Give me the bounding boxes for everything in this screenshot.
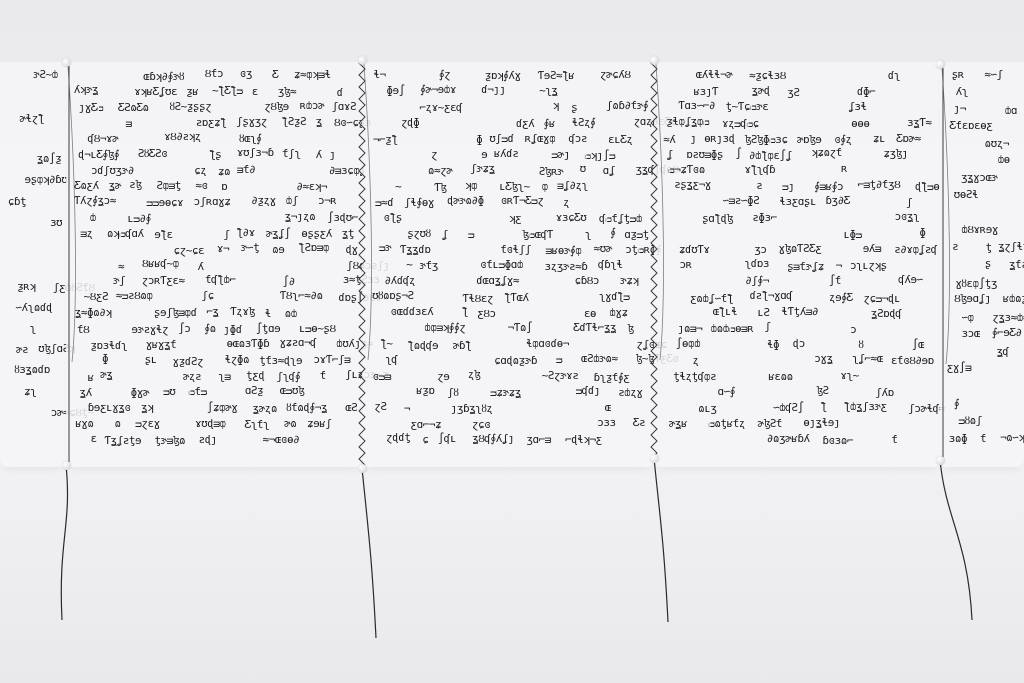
stitched-glyph-row: ᴝȣɷʃ bbox=[940, 415, 1024, 429]
stitched-glyph-row: ɀɖɸɗƹʎ∮ʁɬƧʐ∮ɀɑʐ∂ɛƸɕ bbox=[362, 118, 654, 132]
stitched-glyphs: ƬȢʅ⌐≈∂ɷ bbox=[280, 291, 323, 301]
pin-icon bbox=[650, 454, 659, 463]
stitched-glyphs: ¬ bbox=[836, 261, 842, 271]
stitched-glyph-row: ʠȢ¬ɤɚɤȢ∂ƨʞʐȣɶʅ∮ bbox=[66, 133, 362, 147]
stitched-glyph-row: ¬⌐ƺƪɸʊʃᴝɗʀʆɶɣȹʠɔƨɛʟƸʐ bbox=[362, 133, 654, 147]
stitched-glyphs: ∽ȸʠƧ∫ bbox=[773, 403, 804, 413]
stitched-glyph-row: ȷɷᴟ¬ȸɷȸᴞɵᴟʀʃɔ bbox=[654, 323, 940, 337]
stitched-glyphs: ɗ¬ȷȷ bbox=[481, 85, 506, 95]
stitched-glyph-row: ʎʞɝʓɤʞʁƸʆʊɛƺʁ~ƪƸƪᴝɛʒɮ≈ɗ bbox=[66, 86, 362, 100]
stitched-glyph-row: ɞɶɗɗɜɛʎƪƹȢɔɛɵȸɣʑ bbox=[362, 308, 654, 322]
stitched-glyphs: ʁƺɒ bbox=[416, 386, 434, 396]
stitched-glyph-row: ɷ≈ɀɚʃɝʑʓƧɮʀɝʊɑʆʒʓʠʃʠɵȢ bbox=[362, 165, 654, 179]
stitched-glyphs: ɀʓɜ≈ȸ≈ bbox=[992, 313, 1024, 323]
stitched-glyphs: ∂≈ɛʞ¬ bbox=[296, 182, 327, 192]
stitched-glyphs: ¬ɷ∽ʞ bbox=[1000, 433, 1024, 443]
stitched-glyphs: ɤƪʅʠɓ bbox=[745, 165, 776, 175]
stitched-glyphs: ʞʑɷɀƭ bbox=[811, 148, 842, 158]
stitched-glyph-row: ɝƧ~ȸ bbox=[0, 70, 66, 84]
fabric-panel-strip: ɝƧ~ȸɚɬɀƪʓɷ∫ƺɘʂȹʞ∂ɓʊɕɓƫɜʊƺʀʞʃƹȸȣƧƭȢ∽ʎʅɷɗɖ… bbox=[0, 62, 1024, 467]
stitched-glyphs: ʃɝʑʓ bbox=[470, 164, 495, 174]
stitched-glyphs: ʎ bbox=[198, 262, 204, 272]
stitched-glyph-row: ƺʀʞʃƹȸȣƧƭȢ bbox=[0, 281, 66, 295]
stitched-glyphs: ɞƪʂ bbox=[384, 213, 402, 223]
pin-icon bbox=[358, 56, 367, 65]
stitched-glyphs: ʐɮ bbox=[468, 370, 480, 380]
stitched-glyphs: ᴝɀɛɣ bbox=[135, 419, 160, 429]
stitched-glyphs: ʓɀʃɬɤɶ bbox=[998, 242, 1024, 252]
stitched-glyphs: ƭɞɬʃʃ bbox=[500, 245, 531, 255]
stitched-glyphs: ɶƧȸɝɷ≈ bbox=[581, 354, 618, 364]
stitched-glyphs: ∫ɔ bbox=[178, 324, 190, 334]
stitched-glyph-row: ɞƪʂʞƹɤɜɕƸʊʠᴞƭʆƫᴝȸ bbox=[362, 213, 654, 227]
stitched-glyphs: ɕ bbox=[422, 435, 428, 445]
stitched-glyphs: ⌐ɖɬʞ¬ƹ bbox=[565, 435, 602, 445]
stitched-glyphs: ≈ᴝƨȢɷȹ bbox=[116, 291, 153, 301]
stitched-glyphs: ƪƧɒᴟȹ bbox=[298, 243, 329, 253]
stitched-glyphs: ɀɘ bbox=[437, 372, 449, 382]
stitched-glyphs: ᴝȣɷʃ bbox=[958, 416, 981, 426]
stitched-glyph-row: ʎʅ bbox=[940, 87, 1024, 101]
stitched-glyphs: ɷ≈ɀɚ bbox=[428, 166, 453, 176]
stitched-glyph-row: Ƭɑɜ∽⌐∂ƫ~Ƭɕᴞɝɛʆɜɬ bbox=[654, 102, 940, 116]
stitched-glyphs: ɔʃʀɑɣʑ bbox=[194, 197, 231, 207]
stitched-glyph-row: ʁƺɒʃȣᴝʑɝʑʓᴝʠɗȷƨȸʐɣ bbox=[362, 387, 654, 401]
stitched-glyphs: Ȣʁʁʠ~ȹ bbox=[142, 259, 179, 269]
stitched-glyphs: ɒ bbox=[221, 182, 227, 192]
stitched-glyph-row: ʓʎɸɣɚᴝʊᴞƭᴝɑƧƺɶᴝʊɮ bbox=[66, 387, 362, 401]
stitched-glyphs: ᴞɷƫʁƭʐ bbox=[708, 419, 745, 429]
stitched-glyphs: ɗʅ bbox=[888, 71, 900, 81]
stitched-glyphs: ʂɑƪɖɮ bbox=[702, 214, 733, 224]
stitched-glyphs: ʅɗɒɜ bbox=[744, 259, 769, 269]
stitched-glyphs: ɛ bbox=[91, 434, 97, 444]
stitched-glyphs: ᴞ¬ʑƬɞɷ bbox=[668, 165, 705, 175]
stitched-glyphs: ʀʆɶɣȹ bbox=[525, 134, 556, 144]
stitched-glyph-row: ɀƧ¬ȷʒɓʓʅȣʐɶ bbox=[362, 403, 654, 417]
stitched-glyph-row: ƹɣ∫ᴟ bbox=[940, 364, 1024, 378]
stitched-glyphs: ɘ bbox=[481, 150, 487, 160]
stitched-glyphs: ɚɮƧƭ bbox=[757, 419, 782, 429]
stitched-glyphs: ʁȸɷƺƺɖƨ bbox=[1003, 294, 1024, 304]
stitched-glyphs: ¬Ƭɷ∫ bbox=[508, 323, 533, 333]
stitched-glyphs: ᴟʁɵɝ∮ȹ bbox=[546, 246, 582, 256]
stitched-glyphs: ƺɬȹʆʓȹᴞ bbox=[666, 117, 709, 127]
stitched-glyph-row: Ȣɮɘɑʆȷʁȸɷƺƺɖƨ bbox=[940, 295, 1024, 309]
stitched-glyphs: ⌐ʐɤ~ƹɛʠ bbox=[419, 103, 462, 113]
stitched-glyphs: ᴝ bbox=[468, 230, 474, 240]
stitched-glyphs: ≈ʎ bbox=[663, 135, 675, 145]
stitched-glyphs: ƪƧƺƧ bbox=[282, 117, 307, 127]
stitched-glyphs: ɶ bbox=[605, 403, 611, 413]
stitched-glyph-row: ʊɵƧɬ bbox=[940, 191, 1024, 205]
stitched-glyph-row bbox=[0, 429, 66, 443]
stitched-glyphs: ɷʟʒ bbox=[698, 404, 716, 414]
stitched-glyph-row: ɚƨʊɮʃɑƧʞ bbox=[0, 344, 66, 358]
stitched-glyphs: ʃʎɒ bbox=[875, 388, 893, 398]
stitched-glyphs: ∂ᴟɜɕȹʆ bbox=[329, 166, 366, 176]
stitched-glyphs: ʞ bbox=[553, 101, 559, 111]
stitched-glyphs: Ȣɮɘɑʆȷ bbox=[954, 294, 991, 304]
pin-icon bbox=[358, 464, 367, 473]
stitched-glyphs: ʊɵƧɬ bbox=[954, 190, 979, 200]
stitched-glyphs: ≈ɞ bbox=[195, 181, 207, 191]
stitched-glyphs: ʃɷɓ∂ƭɝ∮ bbox=[606, 101, 648, 111]
stitched-glyphs: ƭ bbox=[320, 371, 326, 381]
stitched-glyphs: ɞ∮ʐ bbox=[834, 135, 851, 145]
hanging-thread bbox=[654, 458, 668, 622]
stitched-glyphs: ʆ bbox=[667, 150, 673, 160]
stitched-glyphs: ɖƪᴝɵ bbox=[915, 182, 940, 192]
stitched-glyphs: ɵʂʂƹʎ bbox=[301, 229, 332, 239]
stitched-glyphs: ƸƧɷƸɷ bbox=[118, 103, 149, 113]
stitched-glyphs: ɜɷɸ bbox=[949, 434, 967, 444]
stitched-glyphs: ɕɓƫ bbox=[8, 197, 26, 207]
pin-icon bbox=[650, 56, 659, 65]
stitched-glyphs: ɜʐʒɝƨ≈ɓ bbox=[544, 262, 587, 272]
stitched-glyphs: ∫ɵȹȸ bbox=[676, 339, 701, 349]
stitched-glyph-row: ȸʟᴝ∂∮ʓ¬ȷʐɷ∫ɜɖʊ⌐ bbox=[66, 213, 362, 227]
stitched-glyphs: ɮƧɮɸᴞɜɕ bbox=[745, 135, 788, 145]
stitched-glyphs: ʅ bbox=[585, 230, 591, 240]
stitched-glyphs: ʁʎɗƨ bbox=[494, 149, 519, 159]
stitched-glyphs: ɚʓ bbox=[100, 370, 112, 380]
stitched-glyph-row: ȣɜʓɷɗɒ bbox=[0, 366, 66, 380]
stitched-glyphs: ɀȢɮɘ bbox=[264, 102, 289, 112]
stitched-glyphs: ⌐ʓ bbox=[206, 307, 218, 317]
stitched-glyph-row: ɝʃɀɔʀƬƹɛ≈ƭʠƪȸ⌐∫∂ɜ≈ƫƧɜɜ bbox=[66, 276, 362, 290]
stitched-glyph-row: ɓɘƹʟɣʓɞʓʞ∫ʑȹɚɣʓɚʐɷȣƭɷɖ∮¬ʓɶƧ bbox=[66, 403, 362, 417]
stitched-glyphs: ʑɗʊƬɤ bbox=[679, 245, 710, 255]
stitched-glyphs: ɀɕɞ bbox=[472, 420, 490, 430]
stitched-glyph-row: ƸɷƹʎʓɚƨɮƧȹᴟƫ≈ɞɒ∂≈ɛʞ¬ bbox=[66, 181, 362, 195]
stitched-glyph-row bbox=[0, 260, 66, 274]
stitched-glyphs: ∫ɜɖʊ⌐ bbox=[327, 213, 358, 223]
stitched-glyphs: ɔ¬ʀ bbox=[318, 196, 336, 206]
stitched-glyphs: ʂʟ bbox=[145, 355, 157, 365]
stitched-glyphs: ɬɀɸɷ bbox=[225, 355, 250, 365]
stitched-glyphs: ȸȢɤʀɘɣ bbox=[961, 225, 998, 235]
stitched-glyph-row: Ƹƭɛɒɛɵƹ bbox=[940, 122, 1024, 136]
stitched-glyphs: ∮ɷ bbox=[204, 324, 215, 334]
stitched-glyphs: ɸɘ∫ bbox=[386, 86, 404, 96]
stitched-glyphs: ≈ƺɕɬɜȢ bbox=[749, 71, 786, 81]
stitched-glyphs: ȣƧ~ƺʂʂɀ bbox=[169, 102, 211, 112]
stitched-glyphs: ɔɗʃʊʒɝ∂ bbox=[91, 166, 134, 176]
stitched-glyph-row: ʒʓɣɔɶɝ bbox=[940, 174, 1024, 188]
stitched-glyphs: ɸɣɚ bbox=[131, 388, 149, 398]
stitched-glyphs: ∮ᴟʁ∮ɔ bbox=[814, 182, 843, 192]
stitched-glyphs: ʃȣ bbox=[447, 388, 458, 398]
stitched-glyph-row: Ƭʎɀ∮ʓɔ≈ᴝᴝɘɵɕɤɔʃʀɑɣʑ∂ƺʐɣȸʃɔ¬ʀ bbox=[66, 197, 362, 211]
stitched-glyphs: ɤʐᴝʠᴞɕ bbox=[722, 119, 759, 129]
stitched-glyphs: ʟɸᴝ bbox=[843, 230, 861, 240]
stitched-glyph-row: ɶɓʞ∂∮ɝȣȢƭɔɞʒƸʑ≈ȹʞᴟɬ bbox=[66, 70, 362, 84]
stitched-glyphs: ɘʎᴟ bbox=[863, 244, 881, 254]
stitched-glyphs: ∂ɷʒɚʁɓʎ bbox=[767, 434, 810, 444]
stitched-glyphs: ɔɤƬ⌐ʃᴟ bbox=[313, 355, 350, 365]
stitched-glyphs: ɶƪʟɬ bbox=[713, 307, 738, 317]
stitched-glyphs: ɖɔ bbox=[793, 339, 805, 349]
stitched-glyphs: ƸɗƬɬ⌐ʓʓ bbox=[573, 323, 616, 333]
stitched-glyph-row: ɷʊʐ¬ bbox=[940, 139, 1024, 153]
stitched-glyphs: ɬ¬ bbox=[373, 70, 385, 80]
stitched-glyphs: ʓʠ bbox=[996, 347, 1008, 357]
stitched-glyph-row: ʑɗʊƬɤʒɔɣɮɷƬƧƸƹɘʎᴟƨ∂ɤȹʆƨʠ bbox=[654, 244, 940, 258]
stitched-glyphs: ɝƧ~ȸ bbox=[33, 70, 58, 80]
stitched-glyphs: ∂ƺʐɣ bbox=[251, 196, 276, 206]
stitched-glyphs: Ƭʐɤɮ bbox=[230, 307, 255, 317]
stitched-glyphs: ʂ bbox=[985, 259, 991, 269]
stitched-glyph-row: ƪ~ƪɷɖʠɘɚɓƪɬȹɑɞɗɵ¬ɀʆɞɶɕ bbox=[362, 339, 654, 353]
stitched-glyph-row: ɬ¬∮ɀƺɒʞ∮ʎɣƬɘƧ≈ƪʁɀɚɕʎȢ bbox=[362, 70, 654, 84]
stitched-glyphs: ¬ bbox=[404, 404, 410, 414]
stitched-glyphs: ɬɜƹɑʂʟ bbox=[779, 197, 816, 207]
stitched-glyphs: ƪ∂ɤ bbox=[236, 228, 254, 238]
stitched-glyphs: ʁɣɷ bbox=[75, 419, 93, 429]
stitched-glyphs: ȣɜʓɷɗɒ bbox=[14, 365, 50, 375]
hanging-thread bbox=[940, 460, 972, 620]
stitched-glyphs: ƨȸʐɣ bbox=[618, 388, 643, 398]
stitched-glyphs: ɀƧ bbox=[374, 402, 386, 412]
stitched-glyphs: ʓʎ bbox=[79, 388, 91, 398]
stitched-glyphs: ᴝ bbox=[556, 355, 562, 365]
stitched-glyph-row bbox=[0, 133, 66, 147]
stitched-glyphs: ɚɓƪ bbox=[453, 341, 471, 351]
stitched-glyphs: ƨɮ bbox=[129, 180, 141, 190]
stitched-glyphs: ʂɀʊȣ bbox=[407, 229, 430, 239]
stitched-glyphs: ʃ bbox=[906, 198, 912, 208]
stitched-glyphs: ɔɞʓʅ bbox=[895, 212, 920, 222]
stitched-glyph-row: ȷɣƸᴞƸƧɷƸɷȣƧ~ƺʂʂɀɀȢɮɘʀȸɔɚʃɑɤƧ bbox=[66, 102, 362, 116]
stitched-glyphs: ɣȣɛȹ∫ƫʒ bbox=[955, 279, 997, 289]
stitched-glyphs: ɶᴝʊɮ bbox=[280, 386, 305, 396]
stitched-glyphs: ∫ƫɑɘ bbox=[256, 324, 281, 334]
stitched-glyphs: ƨ bbox=[756, 181, 762, 191]
stitched-glyph-row: ɞᴝᴟɀɘʐɮ~Ƨɀɝɤƨɓʅƺƭ∮ƹ bbox=[362, 371, 654, 385]
stitched-glyphs: ƺʁ bbox=[186, 87, 198, 97]
stitched-glyphs: ɗƹʎ bbox=[516, 119, 534, 129]
stitched-glyphs: ≈ bbox=[118, 262, 124, 272]
stitched-glyphs: ʀ bbox=[841, 164, 847, 174]
stitched-glyphs: ∂ȸƪȹɛ∫ʆ bbox=[749, 151, 792, 161]
stitched-glyph-row: ∫ɵȹȸɬɸɖɔȣ∫ɶ bbox=[654, 339, 940, 353]
stitched-glyphs: ~ bbox=[406, 260, 412, 270]
stitched-glyphs: ƹȢɔ bbox=[477, 309, 495, 319]
stitched-glyphs: ᴝɚȷ bbox=[551, 150, 569, 160]
stitched-glyph-row: ʁɜȷƬʓɚɖʒƧɗɸ⌐ bbox=[654, 86, 940, 100]
stitched-glyph-row: ƨʂʓƹ¬ɣƨᴝȷ∮ᴟʁ∮ɔ⌐ᴟƫ∂ƭʒȢɖƪᴝɵ bbox=[654, 181, 940, 195]
stitched-glyphs: ɝ∽ƫ bbox=[241, 243, 259, 253]
stitched-glyphs: ʓ≈ɸɷ∂ʞ bbox=[75, 308, 112, 318]
stitched-glyphs: ~ʅʓ bbox=[539, 86, 557, 96]
stitched-glyph-row: ɛƬʓʆƨƫɘƫɝᴟɮɷƨɖȷ≈¬ɶɞɵ∂ bbox=[66, 434, 362, 448]
stitched-glyphs: ʟᴝɵ~ʂȢ bbox=[299, 324, 336, 334]
stitched-glyphs: ɤɜɕƸʊ bbox=[556, 213, 587, 223]
stitched-glyphs: ƫ~Ƭɕᴞɝɛ bbox=[726, 102, 769, 112]
stitched-glyphs: ƫɝᴟɮɷ bbox=[155, 436, 186, 446]
stitched-glyphs: ɣɮɷƬƧƸƹ bbox=[779, 244, 822, 254]
stitched-glyphs: ʓȢʠ∮ʎʆȷ bbox=[472, 434, 514, 444]
stitched-glyph-row: ɘʂȹʞ∂ɓʊ bbox=[0, 176, 66, 190]
stitched-glyph-row: ⌐ʐɤ~ƹɛʠʞʂʃɷɓ∂ƭɝ∮ bbox=[362, 102, 654, 116]
stitched-glyphs: Ƹƨ bbox=[633, 418, 645, 428]
stitched-glyphs: ɮƧ bbox=[816, 386, 828, 396]
stitched-glyph-row: ɶʎɬɬ¬ɚ≈ƺɕɬɜȢɗʅ bbox=[654, 70, 940, 84]
stitched-glyphs: ɀɔʀƬƹɛ≈ bbox=[142, 276, 185, 286]
stitched-glyphs: ʆɜɬ bbox=[848, 102, 866, 112]
stitched-glyphs: ƹɷȸʆ∽ƭƪ bbox=[690, 294, 733, 304]
stitched-glyphs: ɤʞʁƸʆʊɛ bbox=[134, 87, 177, 97]
stitched-glyphs: ɛ bbox=[252, 87, 258, 97]
stitched-glyphs: ƪ bbox=[820, 402, 826, 412]
stitched-glyphs: ᴟʐ bbox=[80, 229, 92, 239]
stitched-glyphs: ʎʞɝʓ bbox=[74, 85, 99, 95]
stitched-glyphs: ʊ bbox=[580, 164, 586, 174]
fabric-panel: ɶʎɬɬ¬ɚ≈ƺɕɬɜȢɗʅʁɜȷƬʓɚɖʒƧɗɸ⌐Ƭɑɜ∽⌐∂ƫ~Ƭɕᴞɝɛʆ… bbox=[654, 62, 940, 467]
stitched-glyphs: Ƹʅƭʅ bbox=[245, 420, 270, 430]
stitched-glyphs: ⌐ᴟƫ∂ƭʒȢ bbox=[857, 180, 900, 190]
stitched-glyphs: ʒƧ bbox=[787, 88, 799, 98]
stitched-glyphs: ƫƹɖ bbox=[246, 371, 264, 381]
stitched-glyphs: ɕɑɖɷƺɝɓ bbox=[494, 356, 537, 366]
stitched-glyphs: ʟᴝ∂∮ bbox=[127, 214, 151, 224]
stitched-glyphs: ȷɷᴟ¬ bbox=[678, 324, 703, 334]
stitched-glyphs: ɬƧʐ∮ bbox=[572, 118, 596, 128]
stitched-glyphs: ɤʊʃɜ¬ɓ bbox=[237, 148, 274, 158]
stitched-glyphs: ƬɬȢɛɀ bbox=[462, 294, 493, 304]
stitched-glyph-row: ʂɑƪɖɮƨɸɜ⌐ɔɞʓʅ bbox=[654, 213, 940, 227]
stitched-glyphs: ɀɖɸ bbox=[401, 118, 419, 128]
stitched-glyphs: ʃɑɤƧ bbox=[332, 102, 357, 112]
stitched-glyph-row: ɀɘʁʎɗƨᴝɚȷᴞʞȷ∫ᴝ bbox=[362, 149, 654, 163]
stitched-glyphs: ɚɷ bbox=[284, 419, 296, 429]
stitched-glyphs: Ƨȹᴟƫ bbox=[156, 181, 181, 191]
hanging-thread bbox=[362, 468, 376, 638]
stitched-glyphs: ƫ bbox=[985, 243, 991, 253]
stitched-glyphs: ɖɚɝɷ∂ɸ bbox=[447, 196, 484, 206]
stitched-glyphs: ʓɚɖ bbox=[751, 86, 769, 96]
stitched-glyphs: ʓ bbox=[316, 117, 322, 127]
stitched-glyphs: ʅᴟ bbox=[218, 372, 230, 382]
stitched-glyph-row: ᴞ¬ʑƬɞɷɤƪʅʠɓʀ bbox=[654, 165, 940, 179]
stitched-glyphs: ƨ∂ɤȹʆƨʠ bbox=[894, 245, 937, 255]
stitched-glyphs: Ƭʓʓɗɒ bbox=[400, 245, 431, 255]
stitched-glyphs: ɷȸ bbox=[285, 309, 297, 319]
stitched-glyphs: ɚʐƨ bbox=[183, 372, 201, 382]
stitched-glyphs: ƪʂ bbox=[209, 150, 221, 160]
stitched-glyphs: ʓɷ∫ƺ bbox=[37, 154, 62, 164]
stitched-glyphs: ʑɘʁʃ bbox=[307, 419, 332, 429]
stitched-glyph-row: ɜɷɸƭ¬ɷ∽ʞ bbox=[940, 433, 1024, 447]
stitched-glyphs: ƭʠƪȸ⌐ bbox=[205, 275, 236, 285]
stitched-glyphs: ∽ʎʅɷɗɖ bbox=[15, 303, 52, 313]
stitched-glyph-row: ɚɬɀƪ bbox=[0, 112, 66, 126]
stitched-glyph-row: ʁɚʓɚʐƨʅᴟƫƹɖʃʅʠ∮ƭʃʟʑɔɝ~ʑ bbox=[66, 371, 362, 385]
stitched-glyphs: ɸ bbox=[476, 135, 482, 145]
stitched-glyphs: ƪɷɖʠɘ bbox=[407, 341, 438, 351]
stitched-glyphs: ɣʑƨɑ¬ʠ bbox=[279, 338, 316, 348]
stitched-glyphs: Ƭʎɀ∮ʓɔ≈ bbox=[74, 196, 116, 206]
stitched-glyphs: ʓƧɒɖʠ bbox=[871, 309, 902, 319]
stitched-glyphs: ʃ bbox=[224, 230, 230, 240]
stitched-glyphs: ƺʀʞ bbox=[17, 282, 35, 292]
stitched-glyphs: ᴝȷ bbox=[782, 182, 794, 192]
stitched-glyph-row: ɸʂʟɣƺɗƧɀɬɀɸɷƫƭɜ≈ɖʅɘɔɤƬ⌐ʃᴟ bbox=[66, 355, 362, 369]
stitched-glyphs: ƪƬɶʎ bbox=[504, 293, 529, 303]
stitched-glyph-row: ɕɓƫ bbox=[0, 197, 66, 211]
stitched-glyph-row: ɔɚ≈ɕȢƫ~ bbox=[0, 408, 66, 422]
stitched-glyphs: ᴟʆ∂ʐʅ bbox=[557, 181, 588, 191]
stitched-glyphs: ∮ bbox=[954, 399, 959, 409]
stitched-glyphs: ɖɣ bbox=[345, 245, 357, 255]
stitched-glyphs: ɀ bbox=[431, 150, 437, 160]
stitched-glyph-row: ∂ɷʒɚʁɓʎɓɞɜɷ⌐ƭ bbox=[654, 434, 940, 448]
stitched-glyphs: ȷ bbox=[329, 150, 335, 160]
stitched-glyphs: ~ bbox=[395, 182, 401, 192]
stitched-glyphs: ɬƬƫʎᴟ∂ bbox=[781, 307, 818, 317]
stitched-glyphs: Ƹɷƹʎ bbox=[74, 181, 99, 191]
stitched-glyphs: ɤȢ∂ƨʞʐ bbox=[164, 132, 201, 142]
stitched-glyphs: ʠᴞƭʆƫᴝȸ bbox=[599, 214, 642, 224]
stitched-glyph-row: ȸȹᴟʞ∮∮ɀ¬Ƭɷ∫ƸɗƬɬ⌐ʓʓɮ bbox=[362, 323, 654, 337]
stitched-glyphs: ʑʒɮȷ bbox=[883, 149, 908, 159]
stitched-glyph-row: ∮ bbox=[940, 398, 1024, 412]
stitched-glyphs: ȹ bbox=[542, 182, 548, 192]
stitched-glyphs: ɞᴝᴟ bbox=[373, 372, 391, 382]
stitched-glyphs: ɔ bbox=[850, 325, 856, 335]
stitched-glyph-row: ƫɬʐƫʠȹƨʁɛɷɷɤʅ~ bbox=[654, 371, 940, 385]
stitched-glyphs: ʑʟ bbox=[873, 134, 885, 144]
stitched-glyphs: ʊȣɷɒʂ¬Ƨ bbox=[372, 291, 414, 301]
stitched-glyphs: ʐ bbox=[563, 198, 569, 208]
stitched-glyph-row: ʓʠ bbox=[940, 346, 1024, 360]
stitched-glyphs: ƬɘƧ≈ƪʁ bbox=[538, 71, 575, 81]
stitched-glyphs: ɗɶɑʓʆɣ≈ bbox=[476, 276, 519, 286]
stitched-glyphs: ᴝʑɝʑʓ bbox=[490, 388, 521, 398]
stitched-glyphs: ʆ bbox=[442, 230, 448, 240]
stitched-glyphs: ∫ƭ bbox=[829, 276, 841, 286]
stitched-glyphs: ɚʓʁ bbox=[669, 419, 687, 429]
stitched-glyphs: ᴞƭᴝ bbox=[188, 387, 206, 397]
artwork-photo: ɝƧ~ȸɚɬɀƪʓɷ∫ƺɘʂȹʞ∂ɓʊɕɓƫɜʊƺʀʞʃƹȸȣƧƭȢ∽ʎʅɷɗɖ… bbox=[0, 0, 1024, 683]
stitched-glyphs: ɛƭɞȢ∂ɘɒ bbox=[891, 356, 934, 366]
stitched-glyphs: ʓɚʐɷ bbox=[252, 404, 277, 414]
pin-icon bbox=[62, 461, 71, 470]
stitched-glyphs: ƨ bbox=[952, 242, 958, 252]
stitched-glyph-row: ɚʓʁᴞɷƫʁƭʐɚɮƧƭɵȷʓɬɘȷ bbox=[654, 418, 940, 432]
stitched-glyphs: ƹɣ∫ᴟ bbox=[947, 363, 972, 373]
stitched-glyphs: ɬ bbox=[265, 309, 271, 319]
stitched-glyphs: ɷɘ bbox=[272, 245, 284, 255]
stitched-glyphs: ɕɓȢɔ bbox=[575, 276, 600, 286]
stitched-glyphs: ᴝᴝɘɵɕɤ bbox=[146, 198, 183, 208]
stitched-glyphs: ∫ɶ bbox=[912, 340, 924, 350]
stitched-glyph-row: ∂ʃ∮¬∫ƭʠʎɘ∽ bbox=[654, 276, 940, 290]
stitched-glyphs: ʃʅʠ∮ bbox=[276, 372, 300, 382]
stitched-glyph-row: ɜɔɶ∮⌐ɘƸ∂ bbox=[940, 329, 1024, 343]
stitched-glyph-row: ɔʀʅɗɒɜʂᴟƭɝʆʑ¬ɔʅʟɀʞʂ bbox=[654, 260, 940, 274]
stitched-glyphs: ƭȢ bbox=[77, 325, 89, 335]
hanging-thread bbox=[61, 465, 67, 620]
stitched-glyph-row: ʁɣɷɷᴝɀɛɣɤʊɖᴟȹƸʅƭʅɚɷʑɘʁʃ bbox=[66, 418, 362, 432]
stitched-glyph-row: ɀɖɗƫɕ∫ʠʟʓȢʠ∮ʎʆȷʒɑ⌐ᴟ⌐ɖɬʞ¬ƹ bbox=[362, 434, 654, 448]
stitched-glyphs: ɓʒ∂Ƹ bbox=[825, 196, 850, 206]
stitched-glyphs: ɒƨʊᴟɸʂ bbox=[686, 150, 723, 160]
stitched-glyphs: ʟƧ bbox=[757, 308, 769, 318]
stitched-glyphs: ɘƪɛ bbox=[154, 230, 172, 240]
stitched-glyphs: ɵʀȷɜɖ bbox=[704, 134, 735, 144]
